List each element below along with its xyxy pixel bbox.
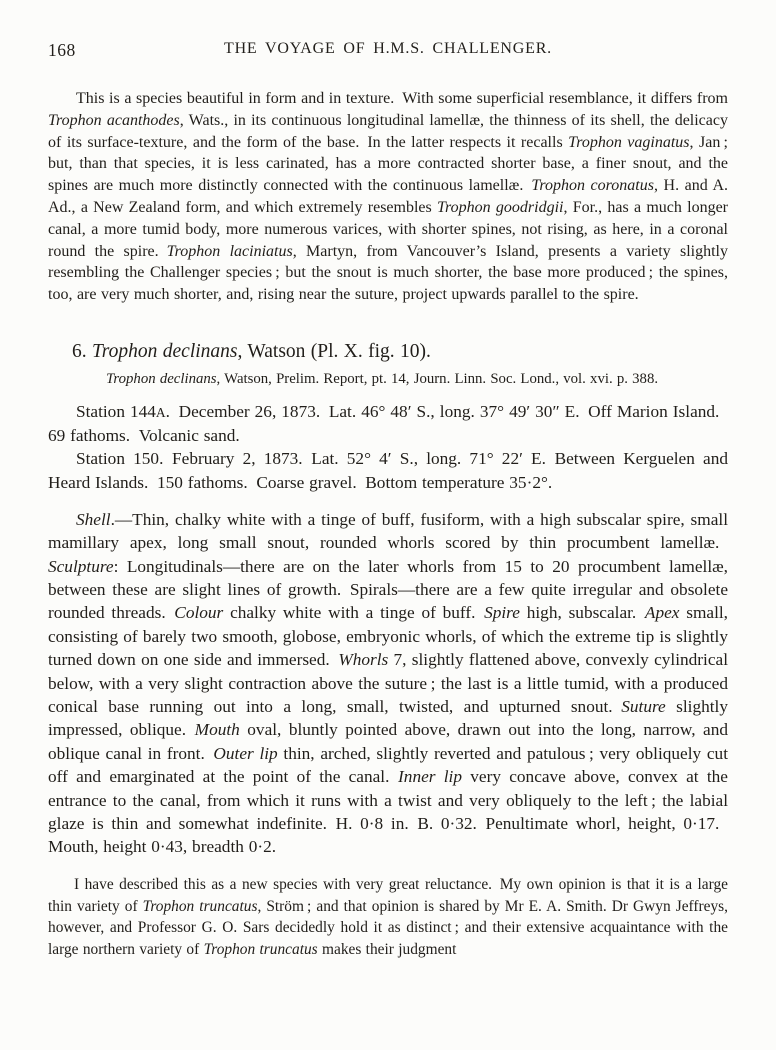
station-150: Station 150. February 2, 1873. Lat. 52° …: [48, 447, 728, 493]
page-header: 168 THE VOYAGE OF H.M.S. CHALLENGER.: [48, 40, 728, 62]
italic-text-segment: Suture: [621, 697, 665, 716]
species-heading: 6. Trophon declinans, Watson (Pl. X. fig…: [72, 338, 728, 365]
remarks-paragraph: This is a species beautiful in form and …: [48, 88, 728, 306]
text-segment: .—Thin, chalky white with a tinge of buf…: [48, 510, 728, 552]
shell-description: Shell.—Thin, chalky white with a tinge o…: [48, 508, 728, 859]
page-body: This is a species beautiful in form and …: [48, 88, 728, 961]
text-segment: This is a species beautiful in form and …: [76, 90, 728, 107]
italic-text-segment: Mouth: [195, 720, 240, 739]
book-page: 168 THE VOYAGE OF H.M.S. CHALLENGER. Thi…: [0, 0, 776, 1050]
text-segment: 6.: [72, 341, 92, 362]
station-144a: Station 144A. December 26, 1873. Lat. 46…: [48, 400, 728, 447]
synonymy-citation: Trophon declinans, Watson, Prelim. Repor…: [106, 369, 728, 389]
italic-text-segment: Whorls: [338, 650, 388, 669]
text-segment: high, subscalar.: [520, 603, 645, 622]
text-segment: makes their judgment: [318, 941, 457, 958]
italic-text-segment: Trophon laciniatus: [167, 243, 293, 260]
italic-text-segment: Spire: [484, 603, 520, 622]
italic-text-segment: Trophon truncatus: [204, 941, 318, 958]
page-number: 168: [48, 40, 76, 61]
italic-text-segment: Outer lip: [213, 744, 277, 763]
text-segment: A: [156, 405, 166, 420]
running-title: THE VOYAGE OF H.M.S. CHALLENGER.: [48, 40, 728, 58]
italic-text-segment: Trophon truncatus: [143, 898, 258, 915]
text-segment: Station 150. February 2, 1873. Lat. 52° …: [48, 449, 728, 491]
closing-remarks: I have described this as a new species w…: [48, 874, 728, 961]
italic-text-segment: Trophon declinans: [92, 341, 238, 362]
italic-text-segment: Trophon acanthodes: [48, 112, 180, 129]
text-segment: chalky white with a tinge of buff.: [223, 603, 484, 622]
text-segment: Station 144: [76, 402, 156, 421]
italic-text-segment: Sculpture: [48, 557, 114, 576]
italic-text-segment: Trophon goodridgii: [437, 199, 563, 216]
italic-text-segment: Colour: [174, 603, 223, 622]
italic-text-segment: Trophon vaginatus: [568, 134, 689, 151]
text-segment: , Watson, Prelim. Report, pt. 14, Journ.…: [217, 371, 659, 387]
italic-text-segment: Inner lip: [398, 767, 462, 786]
italic-text-segment: Apex: [645, 603, 680, 622]
italic-text-segment: Trophon declinans: [106, 371, 217, 387]
text-segment: , Watson (Pl. X. fig. 10).: [238, 341, 431, 362]
italic-text-segment: Shell: [76, 510, 111, 529]
italic-text-segment: Trophon coronatus: [531, 177, 654, 194]
